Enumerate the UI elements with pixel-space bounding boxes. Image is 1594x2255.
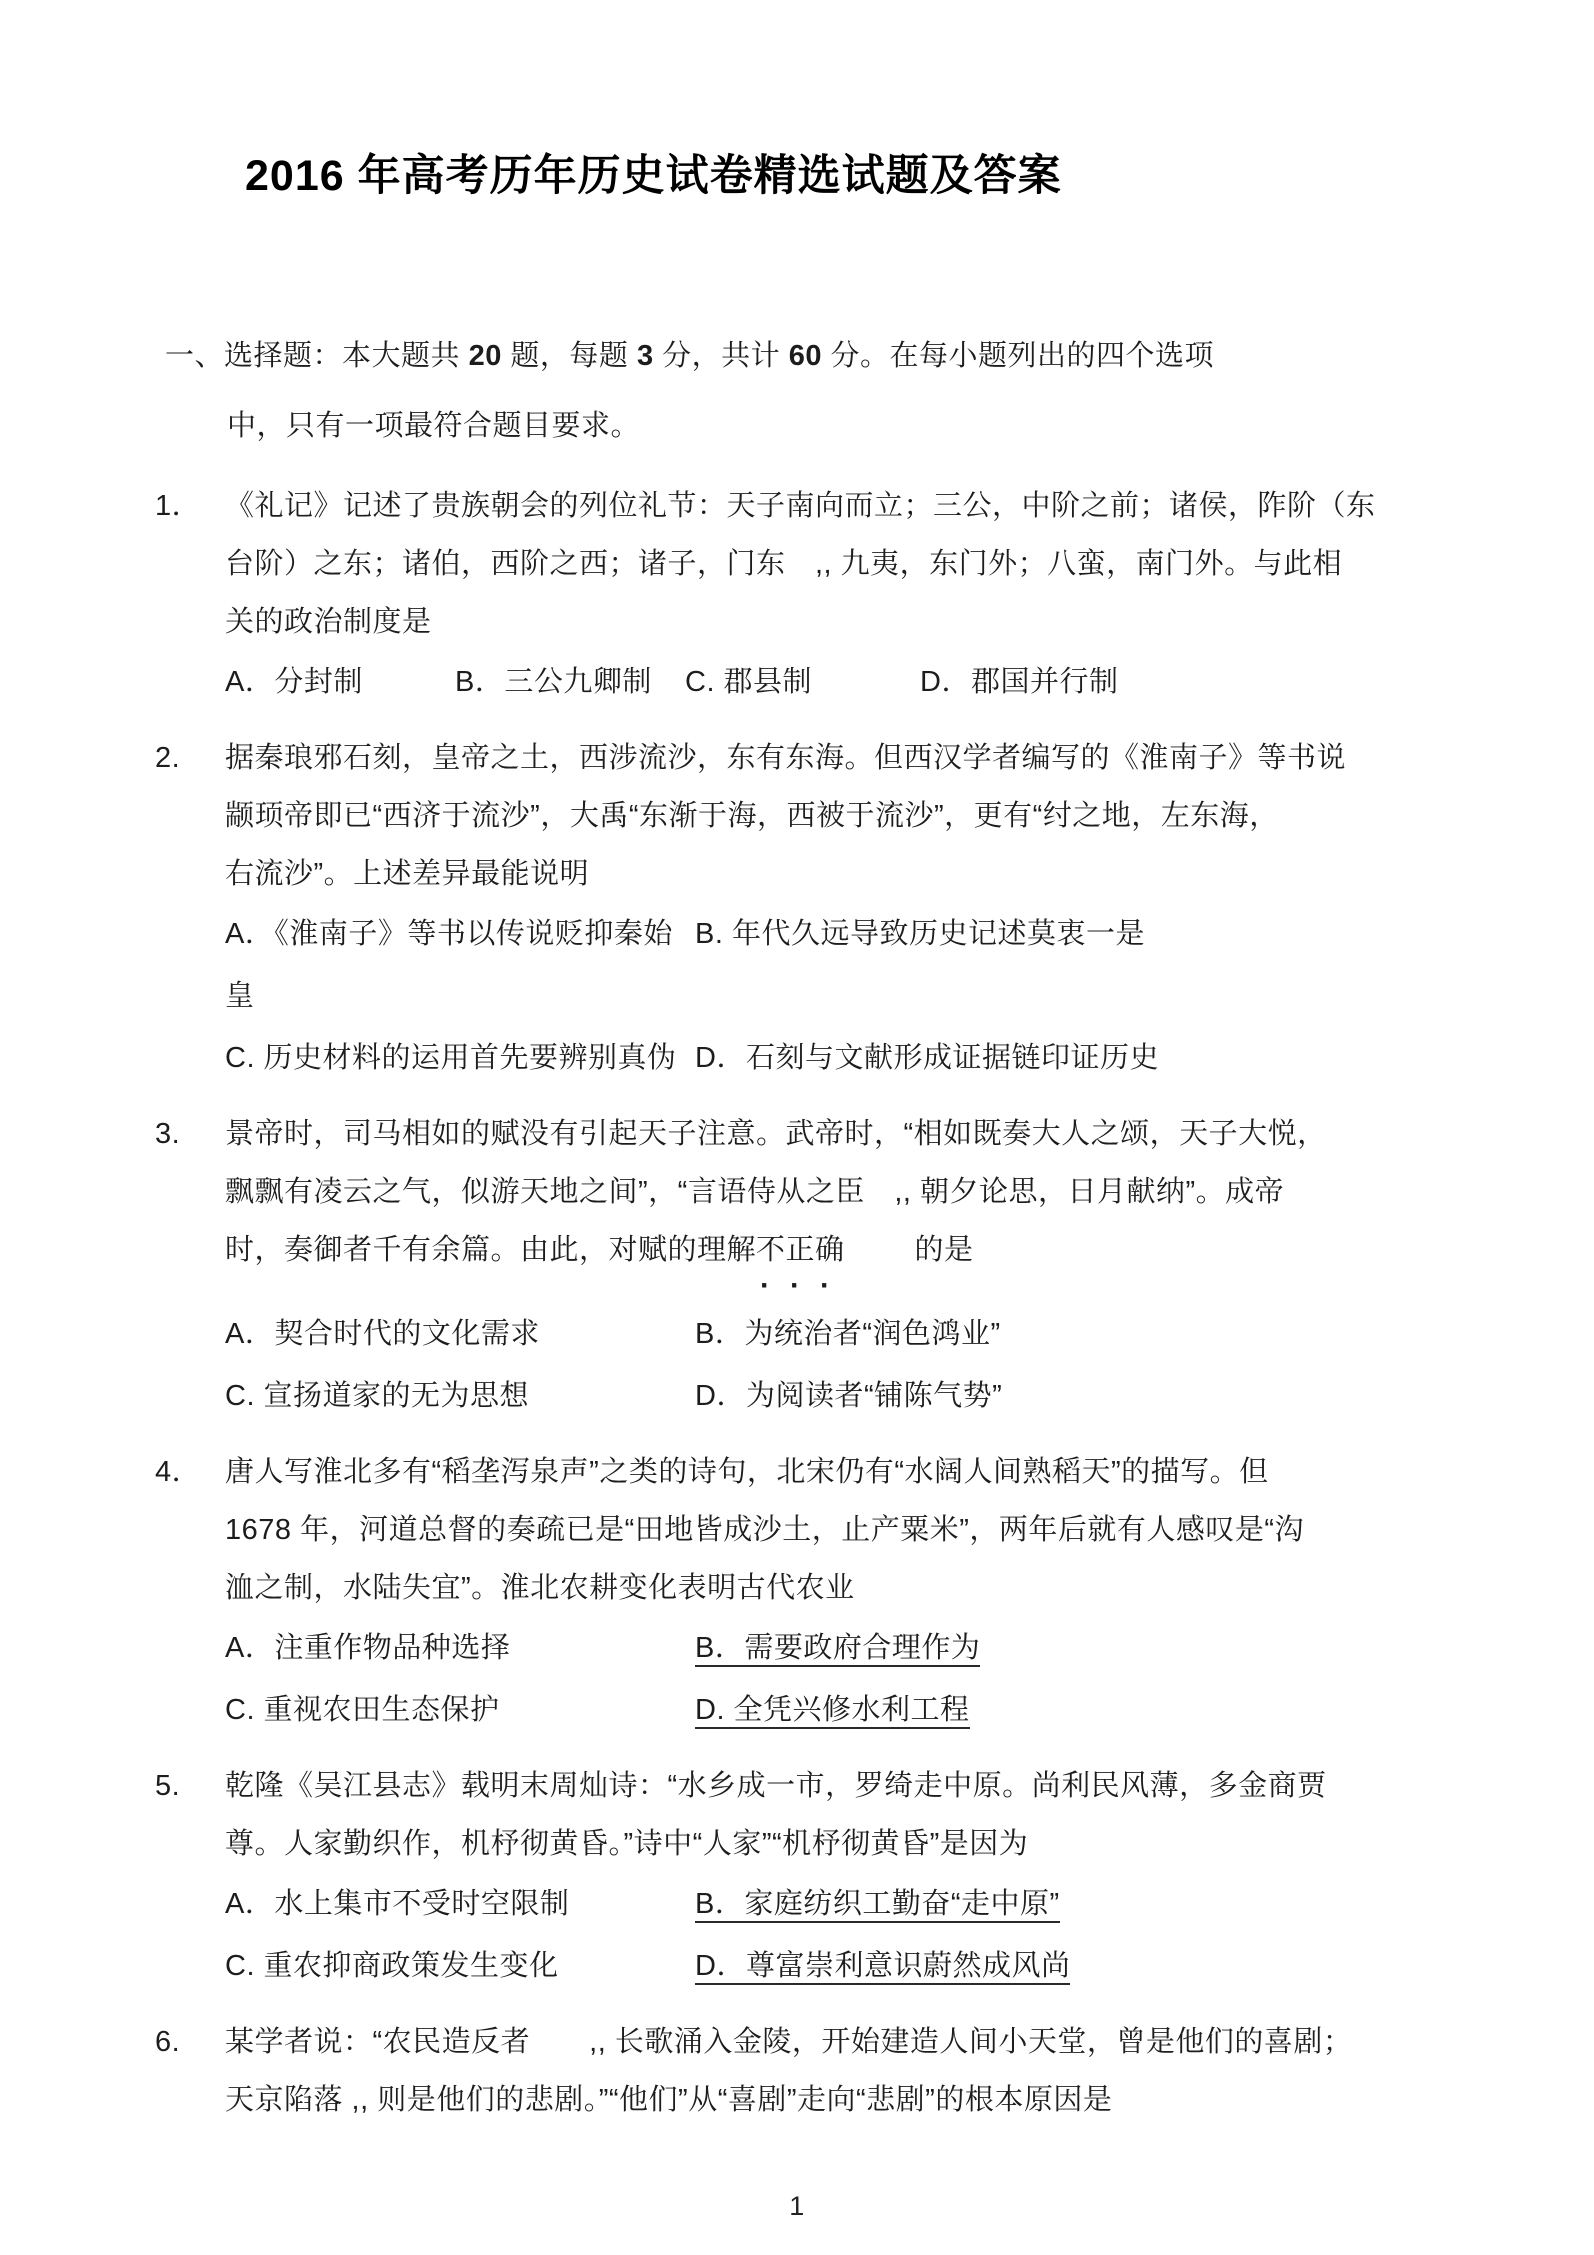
option-c: C. 历史材料的运用首先要辨别真伪 [225, 1027, 695, 1089]
question-4: 4．唐人写淮北多有“稻垄泻泉声”之类的诗句，北宋仍有“水阔人间熟稻天”的描写。但… [225, 1443, 1594, 1741]
document-page: 2016 年高考历年历史试卷精选试题及答案 一、选择题：本大题共 20 题，每题… [0, 0, 1594, 2255]
question-line: 4．唐人写淮北多有“稻垄泻泉声”之类的诗句，北宋仍有“水阔人间熟稻天”的描写。但 [225, 1443, 1594, 1501]
question-3: 3.景帝时，司马相如的赋没有引起天子注意。武帝时，“相如既奏大人之颂，天子大悦，… [225, 1105, 1594, 1427]
question-line: 台阶）之东；诸伯，西阶之西；诸子，门东 ,, 九夷，东门外；八蛮，南门外。与此相 [225, 535, 1594, 593]
options-row: A．分封制B．三公九卿制C. 郡县制D．郡国并行制 [225, 651, 1594, 713]
question-line: 6.某学者说：“农民造反者 ,, 长歌涌入金陵，开始建造人间小天堂，曾是他们的喜… [225, 2013, 1594, 2071]
points-each: 3 [637, 340, 654, 372]
question-line: 1678 年，河道总督的奏疏已是“田地皆成沙土，止产粟米”，两年后就有人感叹是“… [225, 1501, 1594, 1559]
question-line: 右流沙”。上述差异最能说明 [225, 845, 1594, 903]
question-line: 洫之制，水陆失宜”。淮北农耕变化表明古代农业 [225, 1559, 1594, 1617]
page-number: 1 [0, 2191, 1594, 2222]
question-line: 3.景帝时，司马相如的赋没有引起天子注意。武帝时，“相如既奏大人之颂，天子大悦， [225, 1105, 1594, 1163]
question-number: 6. [155, 2013, 225, 2071]
options-grid: A．契合时代的文化需求 B．为统治者“润色鸿业” C. 宣扬道家的无为思想 D．… [225, 1303, 1594, 1427]
title-text: 年高考历年历史试卷精选试题及答案 [345, 152, 1062, 200]
option-c: C. 宣扬道家的无为思想 [225, 1365, 695, 1427]
question-number: 1． [155, 477, 225, 535]
question-1: 1．《礼记》记述了贵族朝会的列位礼节：天子南向而立；三公，中阶之前；诸侯，阼阶（… [225, 477, 1594, 713]
emphasis-dots: ··· [760, 1257, 850, 1315]
question-number: 3. [155, 1105, 225, 1163]
option-a: A．注重作物品种选择 [225, 1617, 695, 1679]
spacer [225, 1279, 1594, 1303]
emphasized-text: 不正确··· [756, 1221, 845, 1279]
option-b: B．家庭纺织工勤奋“走中原” [695, 1873, 1594, 1935]
question-number: 5. [155, 1757, 225, 1815]
question-number: 4． [155, 1443, 225, 1501]
question-line: 天京陷落 ,, 则是他们的悲剧。”“他们”从“喜剧”走向“悲剧”的根本原因是 [225, 2071, 1594, 2129]
option-b: B．需要政府合理作为 [695, 1617, 1594, 1679]
question-line: 尊。人家勤织作，机杼彻黄昏。”诗中“人家”“机杼彻黄昏”是因为 [225, 1815, 1594, 1873]
option-b: B．三公九卿制 [455, 651, 685, 713]
question-line: 时，奏御者千有余篇。由此，对赋的理解不正确···的是 [225, 1221, 1594, 1279]
question-2: 2.据秦琅邪石刻，皇帝之土，西涉流沙，东有东海。但西汉学者编写的《淮南子》等书说… [225, 729, 1594, 1089]
options-grid: A．注重作物品种选择 B．需要政府合理作为 C. 重视农田生态保护 D. 全凭兴… [225, 1617, 1594, 1741]
points-total: 60 [789, 340, 822, 372]
option-d: D. 全凭兴修水利工程 [695, 1679, 1594, 1741]
options-grid: A．《淮南子》等书以传说贬抑秦始皇 B. 年代久远导致历史记述莫衷一是 C. 历… [225, 903, 1594, 1089]
count-total: 20 [469, 340, 502, 372]
question-line: 2.据秦琅邪石刻，皇帝之土，西涉流沙，东有东海。但西汉学者编写的《淮南子》等书说 [225, 729, 1594, 787]
intro-line-2: 中，只有一项最符合题目要求。 [227, 391, 1594, 461]
option-c: C. 郡县制 [685, 651, 920, 713]
option-a: A．水上集市不受时空限制 [225, 1873, 695, 1935]
option-d: D．为阅读者“铺陈气势” [695, 1365, 1594, 1427]
option-d: D．郡国并行制 [920, 651, 1118, 713]
question-6: 6.某学者说：“农民造反者 ,, 长歌涌入金陵，开始建造人间小天堂，曾是他们的喜… [225, 2013, 1594, 2129]
question-line: 5.乾隆《吴江县志》载明末周灿诗：“水乡成一市，罗绮走中原。尚利民风薄，多金商贾 [225, 1757, 1594, 1815]
intro-line-1: 一、选择题：本大题共 20 题，每题 3 分，共计 60 分。在每小题列出的四个… [165, 321, 1594, 391]
option-a: A．契合时代的文化需求 [225, 1303, 695, 1365]
option-d: D．尊富崇利意识蔚然成风尚 [695, 1935, 1594, 1997]
option-c: C. 重农抑商政策发生变化 [225, 1935, 695, 1997]
option-d: D．石刻与文献形成证据链印证历史 [695, 1027, 1594, 1089]
question-line: 关的政治制度是 [225, 593, 1594, 651]
question-5: 5.乾隆《吴江县志》载明末周灿诗：“水乡成一市，罗绮走中原。尚利民风薄，多金商贾… [225, 1757, 1594, 1997]
question-line: 颛顼帝即已“西济于流沙”，大禹“东渐于海，西被于流沙”，更有“纣之地，左东海， [225, 787, 1594, 845]
question-line: 飘飘有凌云之气，似游天地之间”，“言语侍从之臣 ,, 朝夕论思，日月献纳”。成帝 [225, 1163, 1594, 1221]
option-a: A．《淮南子》等书以传说贬抑秦始皇 [225, 903, 695, 1027]
question-line: 1．《礼记》记述了贵族朝会的列位礼节：天子南向而立；三公，中阶之前；诸侯，阼阶（… [225, 477, 1594, 535]
option-c: C. 重视农田生态保护 [225, 1679, 695, 1741]
option-b: B. 年代久远导致历史记述莫衷一是 [695, 903, 1594, 1027]
question-number: 2. [155, 729, 225, 787]
document-title: 2016 年高考历年历史试卷精选试题及答案 [245, 142, 1594, 203]
section-intro: 一、选择题：本大题共 20 题，每题 3 分，共计 60 分。在每小题列出的四个… [165, 321, 1594, 461]
title-year: 2016 [245, 152, 345, 200]
options-grid: A．水上集市不受时空限制 B．家庭纺织工勤奋“走中原” C. 重农抑商政策发生变… [225, 1873, 1594, 1997]
option-a: A．分封制 [225, 651, 455, 713]
